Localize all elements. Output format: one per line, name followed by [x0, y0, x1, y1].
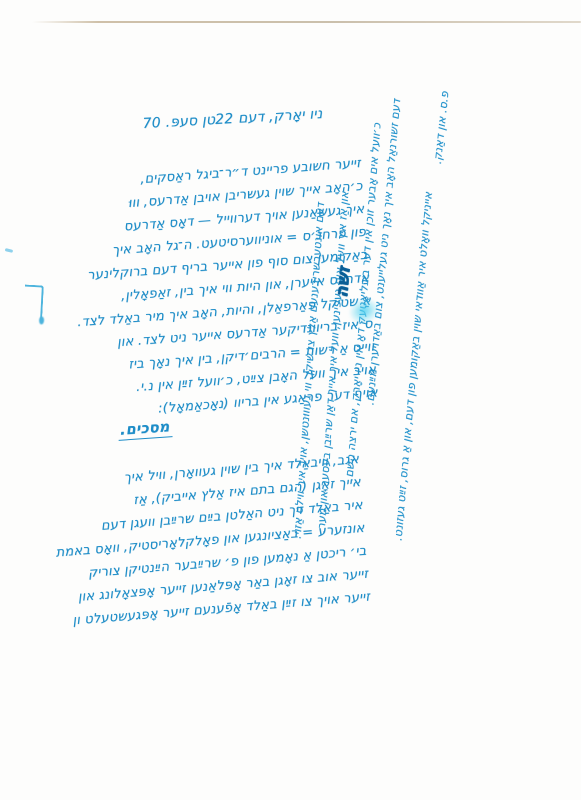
bracket-correction-mark — [23, 285, 44, 321]
margin-note-vertical: אייניקל וואָלט איר אַוודאי שוין באַקומען… — [389, 191, 435, 569]
scanned-letter-page: ניו יאָרק, דעם 22טן סעפּ. 70 זייער חשובע… — [0, 0, 581, 800]
margin-note-vertical: פ.ס. און דאַנק. — [428, 91, 451, 192]
dateline: ניו יאָרק, דעם 22טן סעפּ. 70 — [58, 106, 322, 137]
bold-ink-word: זשה — [332, 266, 355, 299]
scan-edge-line — [32, 21, 581, 23]
small-ink-dash — [5, 248, 13, 252]
conclusion-word-underlined: מסכים. — [117, 419, 172, 441]
